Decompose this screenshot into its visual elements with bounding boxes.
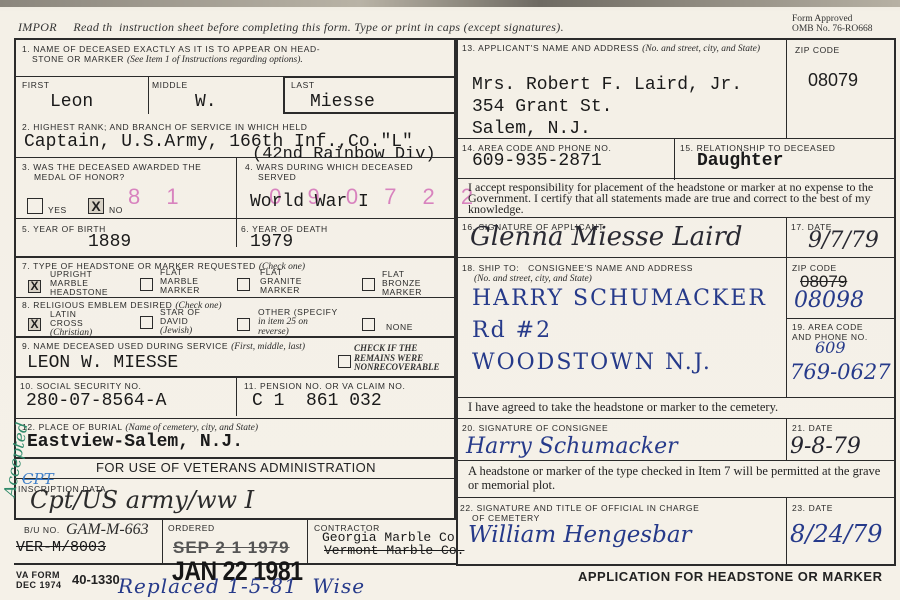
applicant-zip-value[interactable]: 08079 (808, 70, 858, 91)
approval-line-2: OMB No. 76-RO668 (792, 24, 873, 34)
item11-label: 11. PENSION NO. OR VA CLAIM NO. (244, 381, 405, 391)
form-title: APPLICATION FOR HEADSTONE OR MARKER (578, 569, 882, 584)
consignee-address-line: HARRY SCHUMACKER (472, 283, 767, 315)
item13-label-note: (No. and street, city, and State) (642, 44, 760, 54)
bu-number-value[interactable]: GAM-M-663 (66, 521, 149, 539)
item19-label-line1: 19. AREA CODE (792, 322, 868, 332)
opt-line: OTHER (Specify (258, 308, 338, 317)
headstone-flat-granite-checkbox[interactable] (237, 278, 250, 291)
headstone-option-4: FLATBRONZEMARKER (382, 270, 422, 297)
nonrecoverable-line: NONRECOVERABLE (354, 363, 440, 373)
item3-label-line1: 3. WAS THE DECEASED AWARDED THE (22, 162, 201, 172)
headstone-upright-marble-checkbox[interactable]: X (28, 280, 41, 293)
claim-number-value[interactable]: C 1 861 032 (252, 391, 382, 411)
item22-label: 22. SIGNATURE AND TITLE OF OFFICIAL IN C… (460, 503, 699, 523)
item20-label: 20. SIGNATURE OF CONSIGNEE (462, 423, 608, 433)
service-name-value[interactable]: LEON W. MIESSE (27, 353, 178, 373)
emblem-latin-cross-checkbox[interactable]: X (28, 318, 41, 331)
burial-place-value[interactable]: Eastview-Salem, N.J. (27, 432, 243, 452)
opt-line: DAVID (160, 317, 200, 326)
emblem-option-2: STAR OFDAVID(Jewish) (160, 308, 200, 336)
medal-no-checkbox[interactable]: X (88, 198, 104, 214)
va-form-label-line2: DEC 1974 (16, 580, 62, 590)
item18-label-text: 18. SHIP TO: CONSIGNEE'S NAME AND ADDRES… (462, 263, 693, 273)
va-form-label-line1: VA FORM (16, 570, 62, 580)
permission-text: A headstone or marker of the type checke… (468, 464, 888, 492)
consignee-area-code[interactable]: 609 (815, 338, 846, 357)
consignee-address-line: WOODSTOWN N.J. (472, 347, 767, 379)
ordered-date-struck: SEP 2 1 1979 (173, 538, 290, 558)
contractor-struck: Vermont Marble Co. (324, 543, 464, 558)
official-signature[interactable]: William Hengesbar (468, 522, 692, 548)
item1-label-line1: 1. NAME OF DECEASED EXACTLY AS IT IS TO … (22, 44, 320, 54)
middle-name-value[interactable]: W. (195, 92, 217, 112)
applicant-phone-value[interactable]: 609-935-2871 (472, 151, 602, 171)
opt-line: CROSS (50, 319, 92, 328)
consignee-date-value[interactable]: 9-8-79 (790, 434, 861, 459)
official-date-value[interactable]: 8/24/79 (790, 520, 883, 548)
headstone-option-2: FLATMARBLEMARKER (160, 268, 200, 295)
consignee-phone[interactable]: 769-0627 (790, 360, 891, 384)
opt-line: MARKER (260, 286, 302, 295)
bu-number-struck: VER-M/8003 (16, 539, 106, 556)
item12-label-text: 12. PLACE OF BURIAL (22, 422, 122, 432)
va-form-label: VA FORM DEC 1974 (16, 570, 62, 590)
first-name-value[interactable]: Leon (50, 92, 93, 112)
opt-line: in item 25 on (258, 317, 308, 327)
consignee-address[interactable]: HARRY SCHUMACKER Rd #2 WOODSTOWN N.J. (472, 283, 767, 379)
applicant-address-line: 354 Grant St. (472, 96, 742, 118)
item4-label-line1: 4. WARS DURING WHICH DECEASED (245, 162, 413, 172)
ordered-label: ORDERED (168, 523, 215, 533)
emblem-option-3: OTHER (Specifyin item 25 onreverse) (258, 308, 338, 337)
certification-text: I accept responsibility for placement of… (468, 182, 888, 215)
opt-line: MARKER (160, 286, 200, 295)
agreement-text: I have agreed to take the headstone or m… (468, 402, 778, 413)
item3-label: 3. WAS THE DECEASED AWARDED THE MEDAL OF… (22, 162, 201, 182)
emblem-none-label: NONE (386, 323, 413, 332)
applicant-address-line: Salem, N.J. (472, 118, 742, 140)
nonrecoverable-label: CHECK IF THE REMAINS WERE NONRECOVERABLE (354, 344, 440, 373)
inscription-value[interactable]: Cpt/US army/ww I (30, 486, 254, 514)
item9-label: 9. NAME DECEASED USED DURING SERVICE (Fi… (22, 341, 305, 352)
item9-label-note: (First, middle, last) (231, 342, 305, 352)
emblem-option-1: LATINCROSS(Christian) (50, 310, 92, 338)
item23-label: 23. DATE (792, 503, 833, 513)
medal-yes-checkbox[interactable] (27, 198, 43, 214)
year-of-birth-value[interactable]: 1889 (88, 232, 131, 252)
item4-label: 4. WARS DURING WHICH DECEASED SERVED (245, 162, 413, 182)
medal-no-label: NO (109, 205, 123, 215)
consignee-address-line: Rd #2 (472, 315, 767, 347)
item18-label: 18. SHIP TO: CONSIGNEE'S NAME AND ADDRES… (462, 263, 693, 284)
bu-number-label: B/U NO. (24, 525, 60, 535)
opt-line: HEADSTONE (50, 288, 108, 297)
applicant-address[interactable]: Mrs. Robert F. Laird, Jr. 354 Grant St. … (472, 74, 742, 140)
consignee-signature[interactable]: Harry Schumacker (466, 434, 678, 459)
item1-label-line2: STONE OR MARKER (32, 54, 124, 64)
applicant-date-value[interactable]: 9/7/79 (808, 228, 879, 253)
headstone-option-3: FLATGRANITEMARKER (260, 268, 302, 295)
va-form-number: 40-1330 (72, 572, 120, 587)
item21-label: 21. DATE (792, 423, 833, 433)
opt-line: (Jewish) (160, 326, 192, 336)
item4-label-line2: SERVED (245, 172, 413, 182)
item13-label: 13. APPLICANT'S NAME AND ADDRESS (No. an… (462, 43, 760, 54)
applicant-address-line: Mrs. Robert F. Laird, Jr. (472, 74, 742, 96)
relationship-value[interactable]: Daughter (697, 151, 783, 171)
applicant-signature[interactable]: Glenna Miesse Laird (470, 222, 743, 252)
item1-label: 1. NAME OF DECEASED EXACTLY AS IT IS TO … (22, 44, 320, 65)
headstone-option-1: UPRIGHTMARBLEHEADSTONE (50, 270, 108, 297)
headstone-flat-marble-checkbox[interactable] (140, 278, 153, 291)
opt-line: MARKER (382, 288, 422, 297)
ssn-value[interactable]: 280-07-8564-A (26, 391, 166, 411)
item8-label-text: 8. RELIGIOUS EMBLEM DESIRED (22, 300, 172, 310)
item3-label-line2: MEDAL OF HONOR? (22, 172, 201, 182)
replaced-note: Replaced 1-5-81 Wise (118, 574, 365, 598)
omb-approval: Form Approved OMB No. 76-RO668 (792, 14, 873, 34)
emblem-other-checkbox[interactable] (237, 318, 250, 331)
item22-label-line1: 22. SIGNATURE AND TITLE OF OFFICIAL IN C… (460, 503, 699, 513)
item10-label: 10. SOCIAL SECURITY NO. (20, 381, 142, 391)
emblem-none-checkbox[interactable] (362, 318, 375, 331)
item9-label-text: 9. NAME DECEASED USED DURING SERVICE (22, 341, 228, 351)
last-name-value[interactable]: Miesse (310, 92, 375, 112)
consignee-zip-value[interactable]: 08098 (794, 288, 864, 313)
approval-line-1: Form Approved (792, 14, 873, 24)
wars-served-value[interactable]: World War I (250, 192, 369, 212)
item1-label-note: (See Item 1 of Instructions regarding op… (127, 55, 303, 65)
item13-label-text: 13. APPLICANT'S NAME AND ADDRESS (462, 43, 639, 53)
nonrecoverable-checkbox[interactable] (338, 355, 351, 368)
year-of-death-value[interactable]: 1979 (250, 232, 293, 252)
medal-yes-label: YES (48, 205, 67, 215)
item2-label: 2. HIGHEST RANK; AND BRANCH OF SERVICE I… (22, 122, 307, 132)
first-name-label: FIRST (22, 80, 50, 90)
form-instruction: IMPOR Read th instruction sheet before c… (18, 20, 564, 35)
scan-edge (0, 0, 900, 7)
middle-name-label: MIDDLE (152, 80, 188, 90)
last-name-label: LAST (291, 80, 315, 90)
emblem-star-of-david-checkbox[interactable] (140, 316, 153, 329)
applicant-zip-label: ZIP CODE (795, 45, 840, 55)
form-sheet: IMPOR Read th instruction sheet before c… (0, 0, 900, 600)
headstone-flat-bronze-checkbox[interactable] (362, 278, 375, 291)
va-use-title: FOR USE OF VETERANS ADMINISTRATION (96, 460, 376, 475)
